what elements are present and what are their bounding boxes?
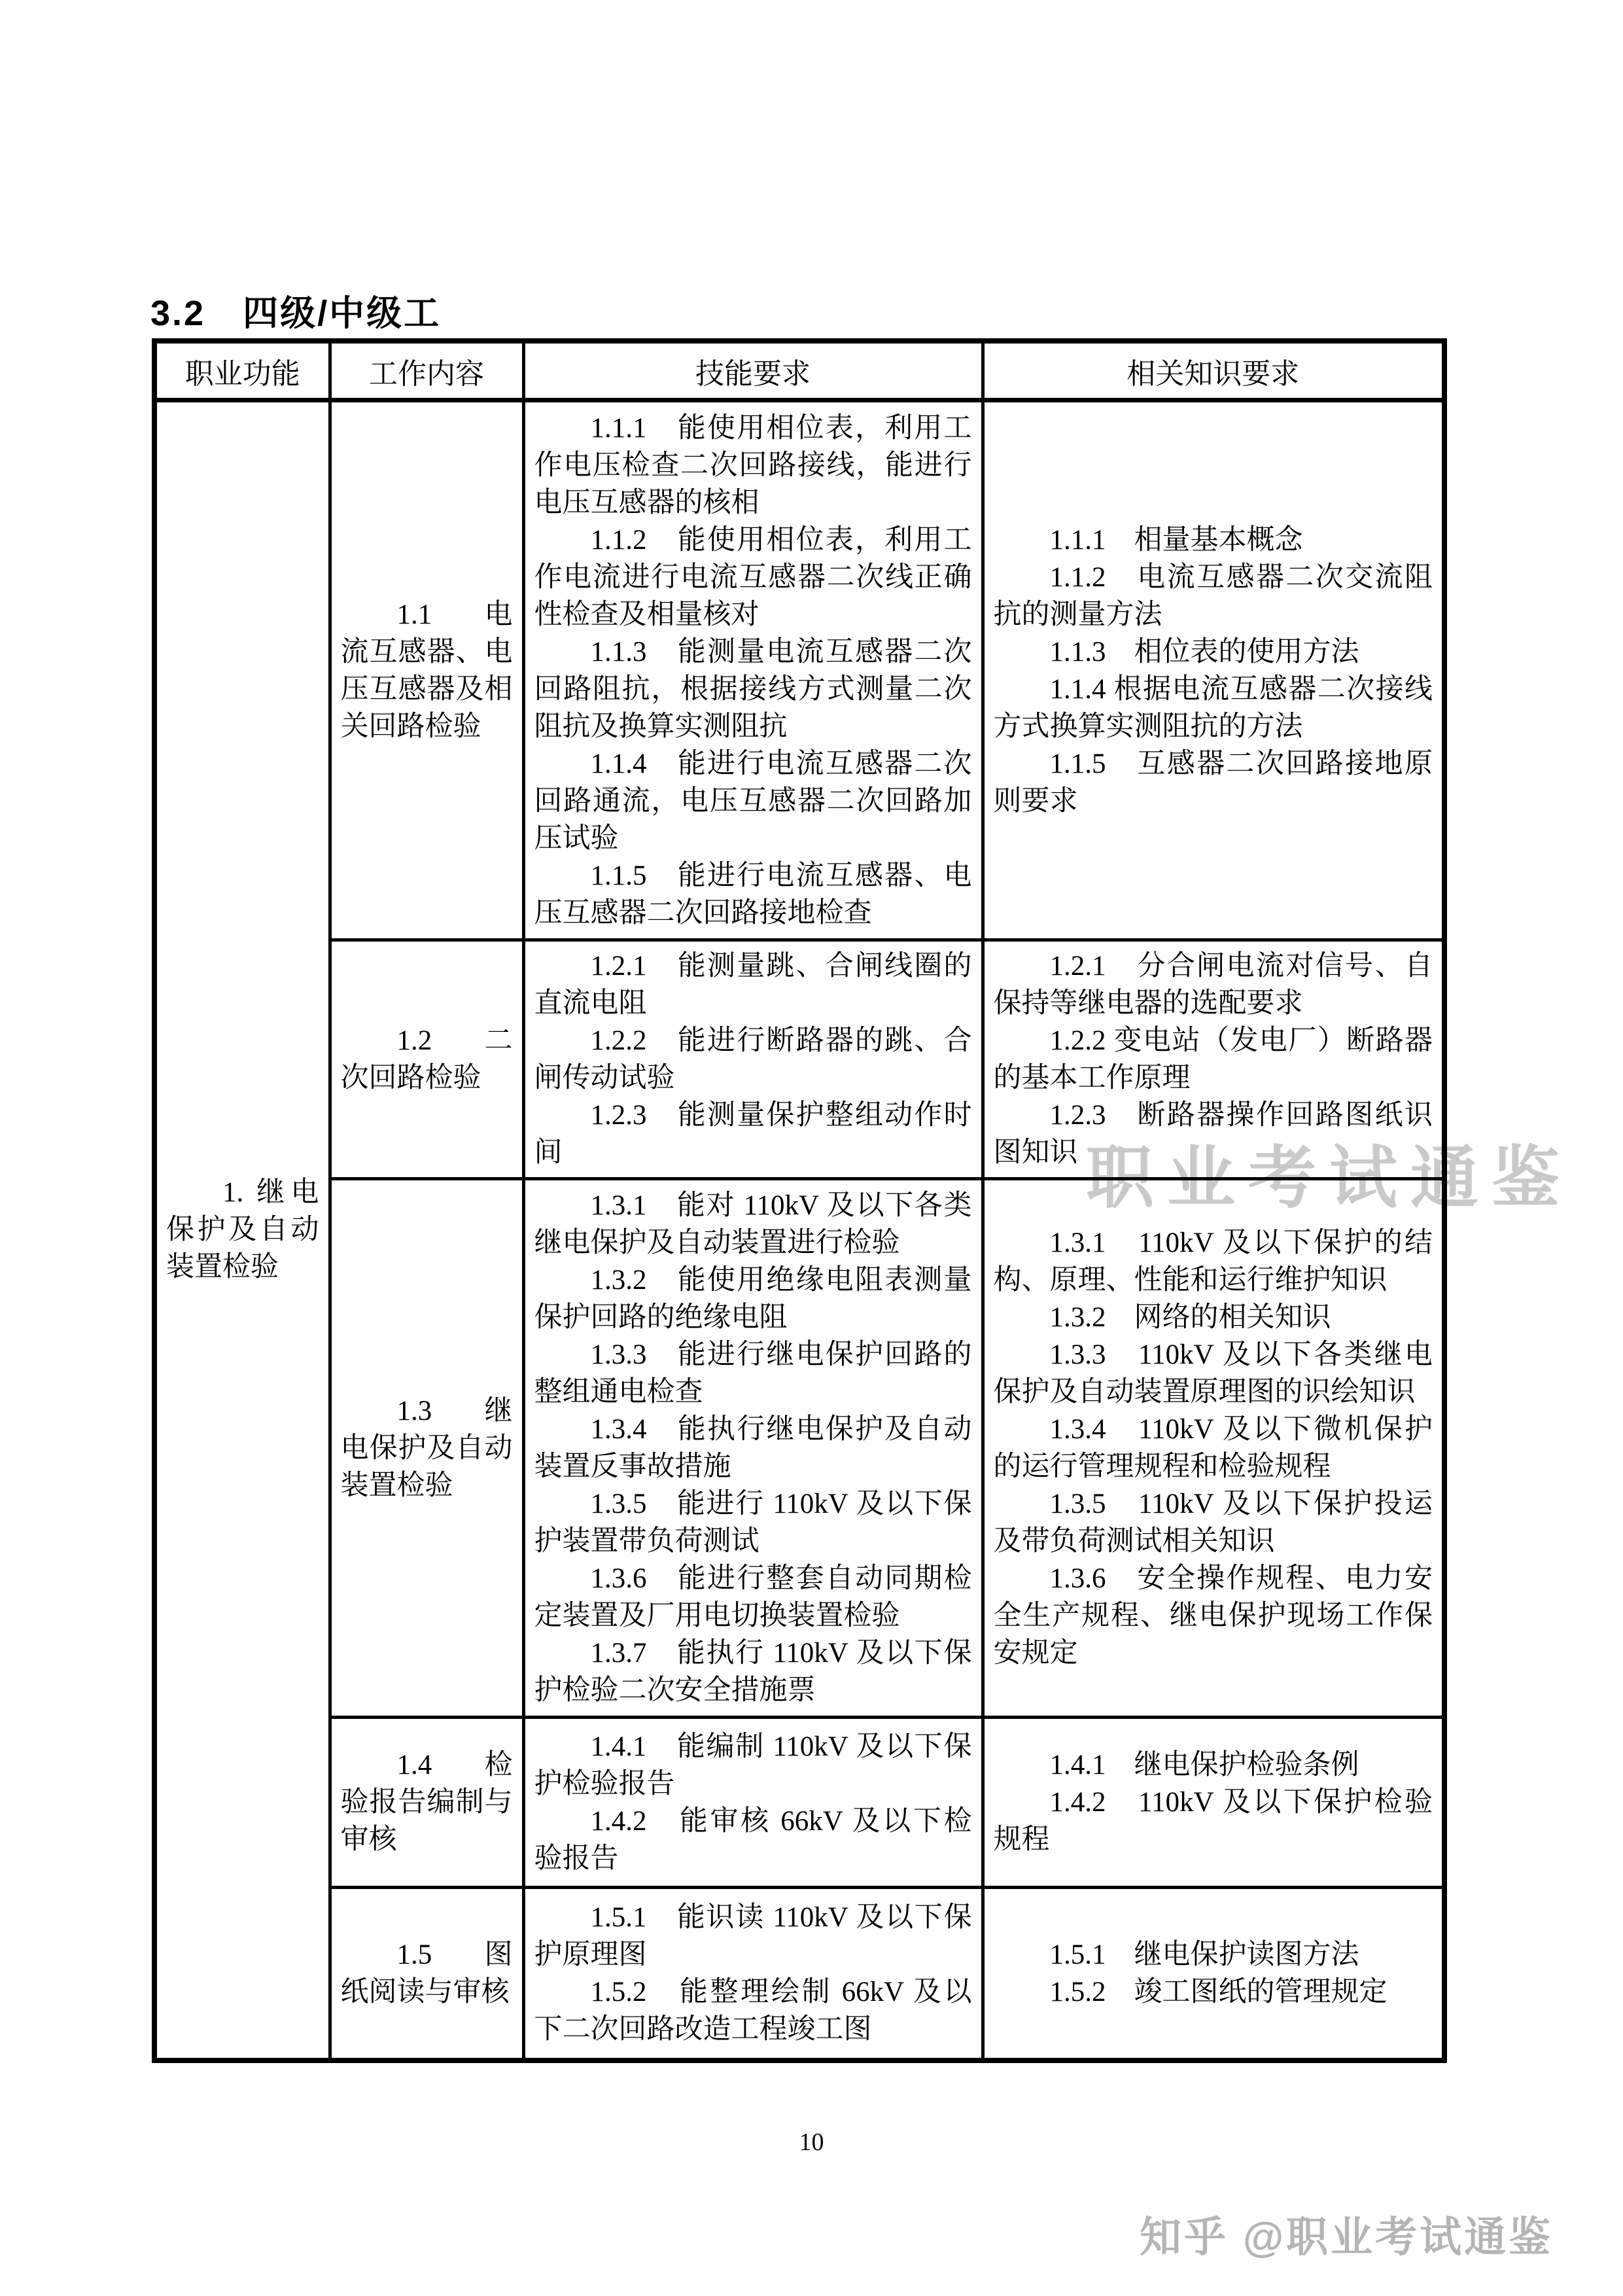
knowledge-item: 1.3.5 110kV 及以下保护投运及带负荷测试相关知识 bbox=[994, 1485, 1433, 1560]
header-job-function: 职业功能 bbox=[154, 341, 330, 400]
skill-item: 1.3.3 能进行继电保护回路的整组通电检查 bbox=[534, 1336, 972, 1411]
work-content-text: 1.1 电流互感器、电压互感器及相关回路检验 bbox=[341, 596, 513, 745]
cell-knowledge-1-2: 1.2.1 分合闸电流对信号、自保持等继电器的选配要求 1.2.2 变电站（发电… bbox=[983, 940, 1444, 1179]
skill-item: 1.1.3 能测量电流互感器二次回路阻抗，根据接线方式测量二次阻抗及换算实测阻抗 bbox=[534, 633, 972, 745]
skill-item: 1.2.3 能测量保护整组动作时间 bbox=[534, 1097, 972, 1171]
skill-item: 1.1.5 能进行电流互感器、电压互感器二次回路接地检查 bbox=[534, 857, 972, 932]
page-number: 10 bbox=[0, 2128, 1623, 2157]
skill-requirements-table: 职业功能 工作内容 技能要求 相关知识要求 1. 继电保护及自动装置检验 1.1… bbox=[152, 338, 1447, 2063]
knowledge-item: 1.5.1 继电保护读图方法 bbox=[994, 1936, 1433, 1973]
skill-item: 1.3.1 能对 110kV 及以下各类继电保护及自动装置进行检验 bbox=[534, 1187, 972, 1262]
header-work-content: 工作内容 bbox=[330, 341, 523, 400]
skill-item: 1.2.2 能进行断路器的跳、合闸传动试验 bbox=[534, 1022, 972, 1097]
knowledge-item: 1.1.2 电流互感器二次交流阻抗的测量方法 bbox=[994, 559, 1433, 633]
knowledge-item: 1.5.2 竣工图纸的管理规定 bbox=[994, 1973, 1433, 2011]
header-skill-requirements: 技能要求 bbox=[523, 341, 983, 400]
cell-work-content-1-2: 1.2 二次回路检验 bbox=[330, 940, 523, 1179]
job-function-text: 1. 继电保护及自动装置检验 bbox=[166, 1174, 319, 1286]
cell-work-content-1-4: 1.4 检验报告编制与审核 bbox=[330, 1718, 523, 1888]
table-row: 1.2 二次回路检验 1.2.1 能测量跳、合闸线圈的直流电阻 1.2.2 能进… bbox=[154, 940, 1444, 1179]
knowledge-item: 1.1.1 相量基本概念 bbox=[994, 521, 1433, 559]
knowledge-item: 1.3.1 110kV 及以下保护的结构、原理、性能和运行维护知识 bbox=[994, 1224, 1433, 1299]
skill-item: 1.1.1 能使用相位表，利用工作电压检查二次回路接线，能进行电压互感器的核相 bbox=[534, 410, 972, 521]
skill-item: 1.5.2 能整理绘制 66kV 及以下二次回路改造工程竣工图 bbox=[534, 1973, 972, 2048]
knowledge-item: 1.3.3 110kV 及以下各类继电保护及自动装置原理图的识绘知识 bbox=[994, 1336, 1433, 1411]
work-content-text: 1.5 图纸阅读与审核 bbox=[341, 1936, 513, 2011]
table-row: 1.3 继电保护及自动装置检验 1.3.1 能对 110kV 及以下各类继电保护… bbox=[154, 1179, 1444, 1718]
work-content-text: 1.2 二次回路检验 bbox=[341, 1022, 513, 1097]
skill-item: 1.5.1 能识读 110kV 及以下保护原理图 bbox=[534, 1899, 972, 1973]
cell-skills-1-5: 1.5.1 能识读 110kV 及以下保护原理图 1.5.2 能整理绘制 66k… bbox=[523, 1888, 983, 2060]
knowledge-item: 1.4.2 110kV 及以下保护检验规程 bbox=[994, 1784, 1433, 1858]
cell-skills-1-4: 1.4.1 能编制 110kV 及以下保护检验报告 1.4.2 能审核 66kV… bbox=[523, 1718, 983, 1888]
table-row: 1. 继电保护及自动装置检验 1.1 电流互感器、电压互感器及相关回路检验 1.… bbox=[154, 400, 1444, 940]
skill-item: 1.2.1 能测量跳、合闸线圈的直流电阻 bbox=[534, 947, 972, 1022]
cell-skills-1-1: 1.1.1 能使用相位表，利用工作电压检查二次回路接线，能进行电压互感器的核相 … bbox=[523, 400, 983, 940]
cell-job-function: 1. 继电保护及自动装置检验 bbox=[154, 400, 330, 2060]
knowledge-item: 1.1.5 互感器二次回路接地原则要求 bbox=[994, 745, 1433, 820]
table-header-row: 职业功能 工作内容 技能要求 相关知识要求 bbox=[154, 341, 1444, 400]
cell-work-content-1-5: 1.5 图纸阅读与审核 bbox=[330, 1888, 523, 2060]
cell-knowledge-1-4: 1.4.1 继电保护检验条例 1.4.2 110kV 及以下保护检验规程 bbox=[983, 1718, 1444, 1888]
header-knowledge-requirements: 相关知识要求 bbox=[983, 341, 1444, 400]
knowledge-item: 1.3.2 网络的相关知识 bbox=[994, 1299, 1433, 1336]
knowledge-item: 1.3.4 110kV 及以下微机保护的运行管理规程和检验规程 bbox=[994, 1411, 1433, 1485]
work-content-text: 1.4 检验报告编制与审核 bbox=[341, 1746, 513, 1858]
watermark-footer: 知乎 @职业考试通鉴 bbox=[1140, 2204, 1553, 2264]
cell-skills-1-3: 1.3.1 能对 110kV 及以下各类继电保护及自动装置进行检验 1.3.2 … bbox=[523, 1179, 983, 1718]
cell-work-content-1-3: 1.3 继电保护及自动装置检验 bbox=[330, 1179, 523, 1718]
knowledge-item: 1.1.4 根据电流互感器二次接线方式换算实测阻抗的方法 bbox=[994, 671, 1433, 745]
cell-knowledge-1-5: 1.5.1 继电保护读图方法 1.5.2 竣工图纸的管理规定 bbox=[983, 1888, 1444, 2060]
skill-item: 1.4.2 能审核 66kV 及以下检验报告 bbox=[534, 1803, 972, 1877]
work-content-text: 1.3 继电保护及自动装置检验 bbox=[341, 1392, 513, 1504]
cell-skills-1-2: 1.2.1 能测量跳、合闸线圈的直流电阻 1.2.2 能进行断路器的跳、合闸传动… bbox=[523, 940, 983, 1179]
skill-item: 1.3.5 能进行 110kV 及以下保护装置带负荷测试 bbox=[534, 1485, 972, 1560]
knowledge-item: 1.1.3 相位表的使用方法 bbox=[994, 633, 1433, 671]
skill-item: 1.3.6 能进行整套自动同期检定装置及厂用电切换装置检验 bbox=[534, 1560, 972, 1634]
knowledge-item: 1.4.1 继电保护检验条例 bbox=[994, 1746, 1433, 1784]
knowledge-item: 1.2.2 变电站（发电厂）断路器的基本工作原理 bbox=[994, 1022, 1433, 1097]
skill-item: 1.1.4 能进行电流互感器二次回路通流，电压互感器二次回路加压试验 bbox=[534, 745, 972, 857]
skill-item: 1.4.1 能编制 110kV 及以下保护检验报告 bbox=[534, 1728, 972, 1803]
document-page: 3.2 四级/中级工 职业考试通鉴 职业功能 工作内容 技能要求 相关知识要求 … bbox=[0, 0, 1623, 2296]
knowledge-item: 1.2.3 断路器操作回路图纸识图知识 bbox=[994, 1097, 1433, 1171]
cell-knowledge-1-3: 1.3.1 110kV 及以下保护的结构、原理、性能和运行维护知识 1.3.2 … bbox=[983, 1179, 1444, 1718]
table-row: 1.5 图纸阅读与审核 1.5.1 能识读 110kV 及以下保护原理图 1.5… bbox=[154, 1888, 1444, 2060]
table-row: 1.4 检验报告编制与审核 1.4.1 能编制 110kV 及以下保护检验报告 … bbox=[154, 1718, 1444, 1888]
section-title: 3.2 四级/中级工 bbox=[150, 285, 441, 336]
skill-item: 1.3.7 能执行 110kV 及以下保护检验二次安全措施票 bbox=[534, 1634, 972, 1709]
skill-item: 1.3.2 能使用绝缘电阻表测量保护回路的绝缘电阻 bbox=[534, 1262, 972, 1336]
skill-item: 1.1.2 能使用相位表，利用工作电流进行电流互感器二次线正确性检查及相量核对 bbox=[534, 521, 972, 633]
cell-knowledge-1-1: 1.1.1 相量基本概念 1.1.2 电流互感器二次交流阻抗的测量方法 1.1.… bbox=[983, 400, 1444, 940]
knowledge-item: 1.3.6 安全操作规程、电力安全生产规程、继电保护现场工作保安规定 bbox=[994, 1560, 1433, 1672]
skill-item: 1.3.4 能执行继电保护及自动装置反事故措施 bbox=[534, 1411, 972, 1485]
knowledge-item: 1.2.1 分合闸电流对信号、自保持等继电器的选配要求 bbox=[994, 947, 1433, 1022]
cell-work-content-1-1: 1.1 电流互感器、电压互感器及相关回路检验 bbox=[330, 400, 523, 940]
